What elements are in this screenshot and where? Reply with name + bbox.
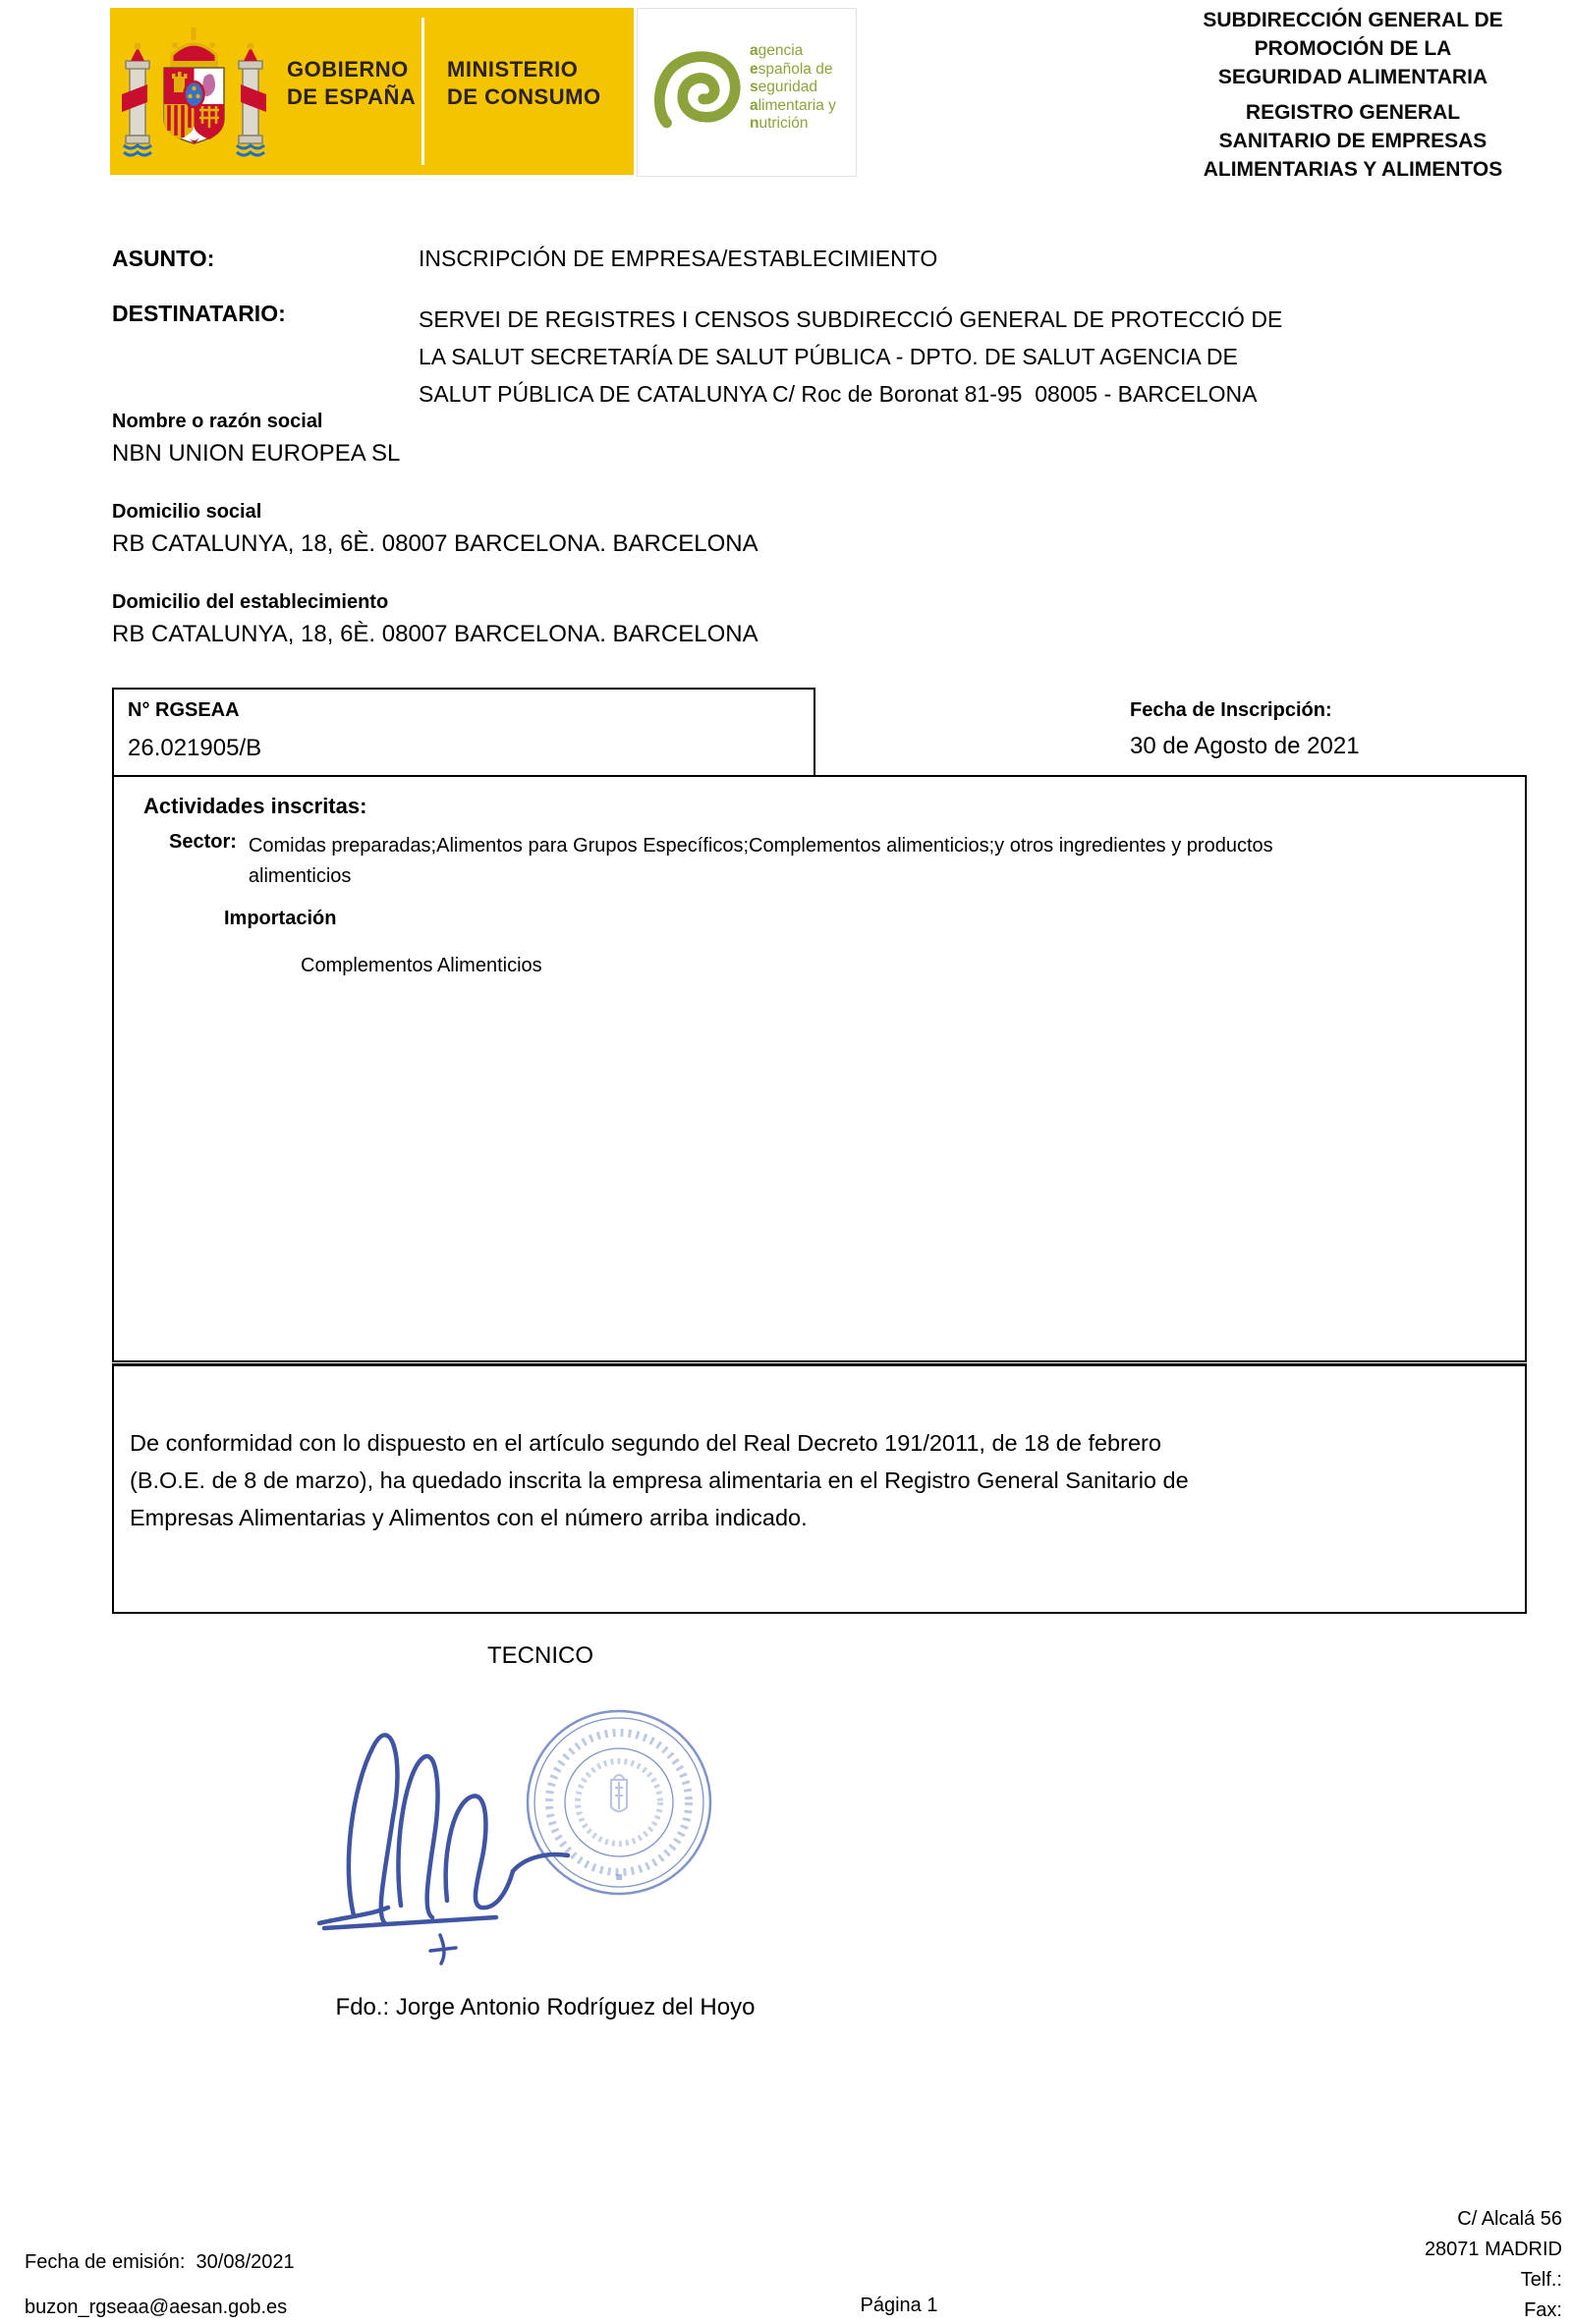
- signer-name: Fdo.: Jorge Antonio Rodríguez del Hoyo: [251, 1994, 840, 2021]
- office-address-block: C/ Alcalá 56 28071 MADRID Telf.: Fax:: [1307, 2204, 1562, 2324]
- sector-row: Sector: Comidas preparadas;Alimentos par…: [169, 831, 1505, 892]
- importacion-label: Importación: [224, 908, 336, 930]
- sub-activity-value: Complementos Alimenticios: [301, 955, 542, 977]
- destinatario-value: SERVEI DE REGISTRES I CENSOS SUBDIRECCIÓ…: [419, 301, 1519, 413]
- actividades-title: Actividades inscritas:: [143, 794, 366, 819]
- aesan-logo-text: agencia española de seguridad alimentari…: [750, 42, 858, 134]
- domicilio-social-value: RB CATALUNYA, 18, 6È. 08007 BARCELONA. B…: [112, 530, 758, 558]
- document-page: GOBIERNO DE ESPAÑA MINISTERIO DE CONSUMO…: [0, 0, 1572, 2324]
- address-line-street: C/ Alcalá 56: [1307, 2204, 1562, 2235]
- contact-email: buzon_rgseaa@aesan.gob.es: [25, 2296, 287, 2319]
- fecha-emision: Fecha de emisión: 30/08/2021: [25, 2251, 295, 2274]
- sector-value: Comidas preparadas;Alimentos para Grupos…: [249, 831, 1273, 892]
- sector-label: Sector:: [169, 831, 237, 892]
- aesan-spiral-icon: [648, 44, 747, 142]
- letterhead-unit-title: SUBDIRECCIÓN GENERAL DE PROMOCIÓN DE LA …: [1142, 6, 1564, 184]
- asunto-label: ASUNTO:: [112, 246, 214, 272]
- legal-paragraph: De conformidad con lo dispuesto en el ar…: [130, 1424, 1505, 1536]
- round-blue-ink-stamp-icon: [528, 1711, 710, 1894]
- razon-social-label: Nombre o razón social: [112, 411, 323, 433]
- phone-label: Telf.:: [1307, 2265, 1562, 2296]
- rgseaa-label: N° RGSEAA: [128, 699, 240, 722]
- asunto-value: INSCRIPCIÓN DE EMPRESA/ESTABLECIMIENTO: [419, 246, 937, 272]
- domicilio-establecimiento-value: RB CATALUNYA, 18, 6È. 08007 BARCELONA. B…: [112, 621, 758, 648]
- rgseaa-value: 26.021905/B: [128, 735, 261, 762]
- destinatario-label: DESTINATARIO:: [112, 301, 286, 327]
- spain-coat-of-arms-icon: [118, 16, 270, 167]
- gobierno-title: GOBIERNO DE ESPAÑA: [287, 56, 420, 111]
- fecha-inscripcion-value: 30 de Agosto de 2021: [1130, 733, 1360, 760]
- header-divider: [421, 18, 424, 165]
- handwritten-signature-icon: [319, 1735, 568, 1964]
- domicilio-social-label: Domicilio social: [112, 501, 261, 524]
- razon-social-value: NBN UNION EUROPEA SL: [112, 440, 400, 468]
- fax-label: Fax:: [1307, 2296, 1562, 2324]
- page-number: Página 1: [825, 2295, 973, 2317]
- ministerio-title: MINISTERIO DE CONSUMO: [447, 56, 624, 111]
- domicilio-establecimiento-label: Domicilio del establecimiento: [112, 591, 388, 614]
- signer-role: TECNICO: [393, 1642, 688, 1670]
- signature-and-stamp: [295, 1670, 757, 1974]
- fecha-inscripcion-label: Fecha de Inscripción:: [1130, 699, 1332, 722]
- address-line-city: 28071 MADRID: [1307, 2235, 1562, 2265]
